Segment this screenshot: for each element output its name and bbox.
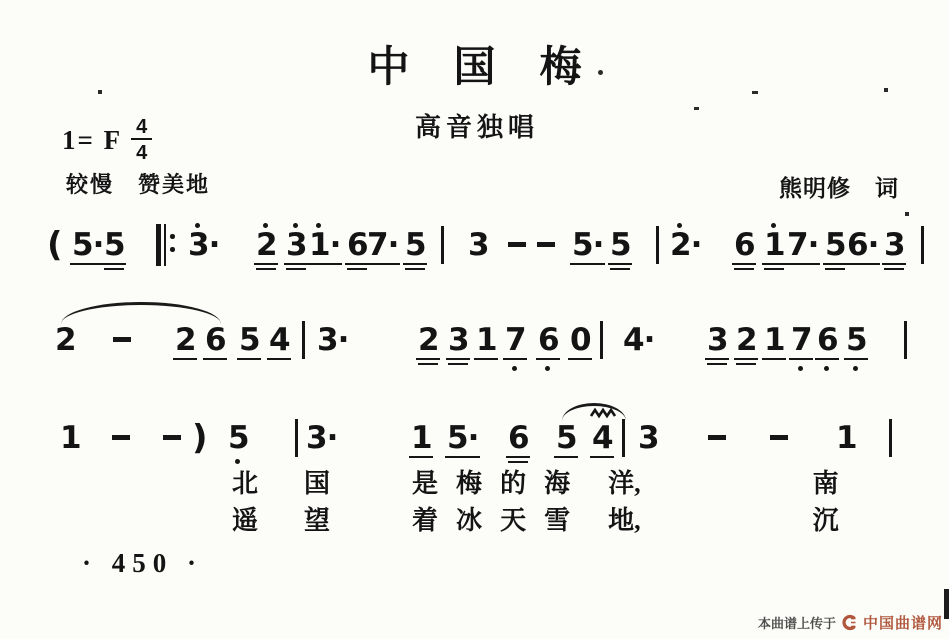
barline [295,419,298,457]
note: 3 [286,228,306,262]
octave-dot-low [824,366,829,371]
note: 1· [309,228,340,262]
note: 7 [505,323,525,357]
barline [600,321,603,359]
site-logo-icon [841,614,858,631]
slur-arc [562,403,626,421]
note: 4· [623,323,654,357]
duration-dash [112,421,132,455]
lyric-syllable: 南 [813,463,839,500]
barline [622,419,625,457]
note: 1 [836,421,856,455]
note: 4 [269,323,289,357]
note: 2 [736,323,756,357]
parenthesis: ( [47,228,61,262]
lyric-syllable: 国 [304,463,330,500]
octave-dot-low [853,366,858,371]
lyric-syllable: 沉 [813,500,839,537]
octave-dot-low [545,366,550,371]
barline [889,419,892,457]
octave-dot-high [195,223,200,228]
note: 5 [405,228,425,262]
music-line-3: 1)53·15·65431 [0,421,892,455]
note: 5 [228,421,248,455]
lyric-syllable: 遥 [232,500,258,537]
lyric-syllable: 着 [412,500,438,537]
lyric-syllable: 冰 [456,500,482,537]
barline [904,321,907,359]
barline [302,321,305,359]
note: 1 [764,323,784,357]
watermark-site-name: 中国曲谱网 [863,612,943,633]
parenthesis: ) [192,421,206,455]
lyric-syllable: 天 [500,500,526,537]
song-title: 中国梅 [0,34,949,94]
key-label: 1= F [62,125,122,156]
barline [921,226,924,264]
note: 3 [468,228,488,262]
scan-artifact [884,88,888,92]
note: 2 [418,323,438,357]
tie-arc [61,302,221,324]
note: 2 [55,323,75,357]
note: 6 [508,421,528,455]
note: 6 [538,323,558,357]
note: 5· [72,228,103,262]
note: 7· [367,228,398,262]
note: 3· [306,421,337,455]
sheet-page: 中国梅 高音独唱 1= F 4 4 较慢 赞美地 熊明修 词 (5·53·231… [0,0,949,639]
lyric-syllable: 地, [608,500,641,537]
time-signature: 4 4 [131,116,152,164]
duration-dash [708,421,728,455]
time-signature-denominator: 4 [131,138,152,164]
note: 3 [638,421,658,455]
lyric-syllable: 雪 [544,500,570,537]
duration-dash [163,421,183,455]
note: 1 [411,421,431,455]
note: 7· [787,228,818,262]
scan-artifact [752,91,758,94]
note: 6 [734,228,754,262]
scan-artifact [905,212,909,216]
note: 5 [556,421,576,455]
octave-dot-high [677,223,682,228]
octave-dot-high [263,223,268,228]
octave-dot-low [798,366,803,371]
note: 2 [256,228,276,262]
note: 7 [791,323,811,357]
note: 3 [884,228,904,262]
note: 6 [205,323,225,357]
note: 6 [817,323,837,357]
note: 5· [572,228,603,262]
duration-dash [113,323,133,357]
key-signature: 1= F 4 4 [62,116,152,164]
lyric-syllable: 梅 [456,463,482,500]
scan-artifact [694,107,699,110]
note: 1 [764,228,784,262]
note: 1 [60,421,80,455]
watermark-prefix: 本曲谱上传于 [758,613,836,632]
duration-dash [770,421,790,455]
note: 3· [188,228,219,262]
lyrics-row-1: 北国是梅的海洋,南 [0,463,839,500]
note: 3· [317,323,348,357]
barline [656,226,659,264]
octave-dot-high [293,223,298,228]
duration-dash [537,228,557,262]
repeat-sign [153,224,179,266]
page-number: · 450 · [82,548,203,579]
lyrics-row-2: 遥望着冰天雪地,沉 [0,500,839,537]
note: 6 [347,228,367,262]
lyricist-credit: 熊明修 词 [779,170,899,203]
time-signature-numerator: 4 [131,116,152,138]
scan-artifact [944,589,949,619]
note: 3 [448,323,468,357]
note: 5 [104,228,124,262]
watermark: 本曲谱上传于 中国曲谱网 [758,612,943,633]
lyric-syllable: 是 [412,463,438,500]
music-line-2: 226543·2317604·321765 [0,323,907,357]
octave-dot-high [316,223,321,228]
note: 3 [707,323,727,357]
lyric-syllable: 望 [304,500,330,537]
note: 4 [592,421,612,455]
music-line-1: (5·53·231·67·535·52·617·56·3 [0,228,924,262]
note: 5· [447,421,478,455]
scan-artifact [98,90,102,94]
note: 5 [610,228,630,262]
lyric-syllable: 北 [232,463,258,500]
note: 5 [846,323,866,357]
tempo-marking: 较慢 赞美地 [66,168,210,199]
duration-dash [508,228,528,262]
note: 2· [670,228,701,262]
note: 5 [825,228,845,262]
rest-note: 0 [570,323,590,357]
octave-dot-low [512,366,517,371]
note: 5 [239,323,259,357]
octave-dot-high [771,223,776,228]
note: 2 [175,323,195,357]
lyric-syllable: 洋, [608,463,641,500]
lyric-syllable: 的 [500,463,526,500]
note: 1 [476,323,496,357]
lyric-syllable: 海 [544,463,570,500]
scan-artifact [598,70,603,75]
note: 6· [847,228,878,262]
barline [441,226,444,264]
